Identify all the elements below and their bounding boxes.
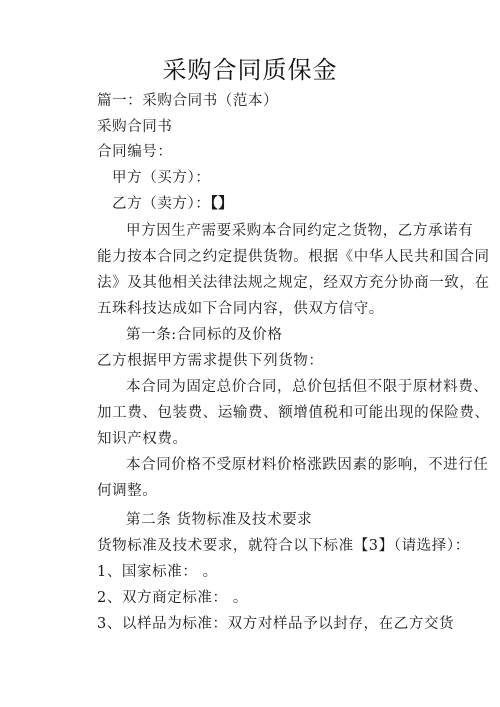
article-2-heading: 第二条 货物标准及技术要求: [126, 510, 312, 530]
article-1-heading: 第一条:合同标的及价格: [126, 325, 282, 345]
paragraph-line: 甲方因生产需要采购本合同约定之货物，乙方承诺有: [126, 221, 473, 241]
contract-number-label: 合同编号：: [97, 142, 173, 162]
list-item: 1、国家标准： 。: [97, 562, 218, 582]
paragraph-line: 乙方根据甲方需求提供下列货物：: [97, 351, 324, 371]
party-a-label: 甲方（买方）：: [112, 168, 210, 188]
party-b-label: 乙方（卖方）：【】: [112, 194, 233, 214]
list-item: 3、以样品为标准：双方对样品予以封存，在乙方交货: [97, 614, 454, 634]
contract-name: 采购合同书: [97, 117, 173, 137]
paragraph-line: 法》及其他相关法律法规之规定，经双方充分协商一致，在: [97, 273, 490, 293]
party-b-text: 乙方（卖方）：: [112, 196, 210, 212]
document-page: 采购合同质保金 篇一：采购合同书（范本） 采购合同书 合同编号： 甲方（买方）：…: [0, 0, 500, 707]
list-item: 2、双方商定标准： 。: [97, 588, 248, 608]
paragraph-line: 五珠科技达成如下合同内容，供双方信守。: [97, 299, 384, 319]
paragraph-line: 能力按本合同之约定提供货物。根据《中华人民共和国合同: [97, 247, 490, 267]
paragraph-line: 何调整。: [97, 481, 157, 501]
paragraph-line: 本合同价格不受原材料价格涨跌因素的影响，不进行任: [126, 455, 488, 475]
paragraph-line: 本合同为固定总价合同，总价包括但不限于原材料费、: [126, 377, 488, 397]
paragraph-line: 知识产权费。: [97, 429, 188, 449]
paragraph-line: 加工费、包装费、运输费、额增值税和可能出现的保险费、: [97, 403, 490, 423]
document-title: 采购合同质保金: [0, 54, 500, 86]
paragraph-line: 货物标准及技术要求，就符合以下标准【3】（请选择）：: [97, 536, 470, 556]
party-b-bracket: 【】: [210, 195, 233, 212]
section-heading: 篇一：采购合同书（范本）: [97, 91, 278, 111]
